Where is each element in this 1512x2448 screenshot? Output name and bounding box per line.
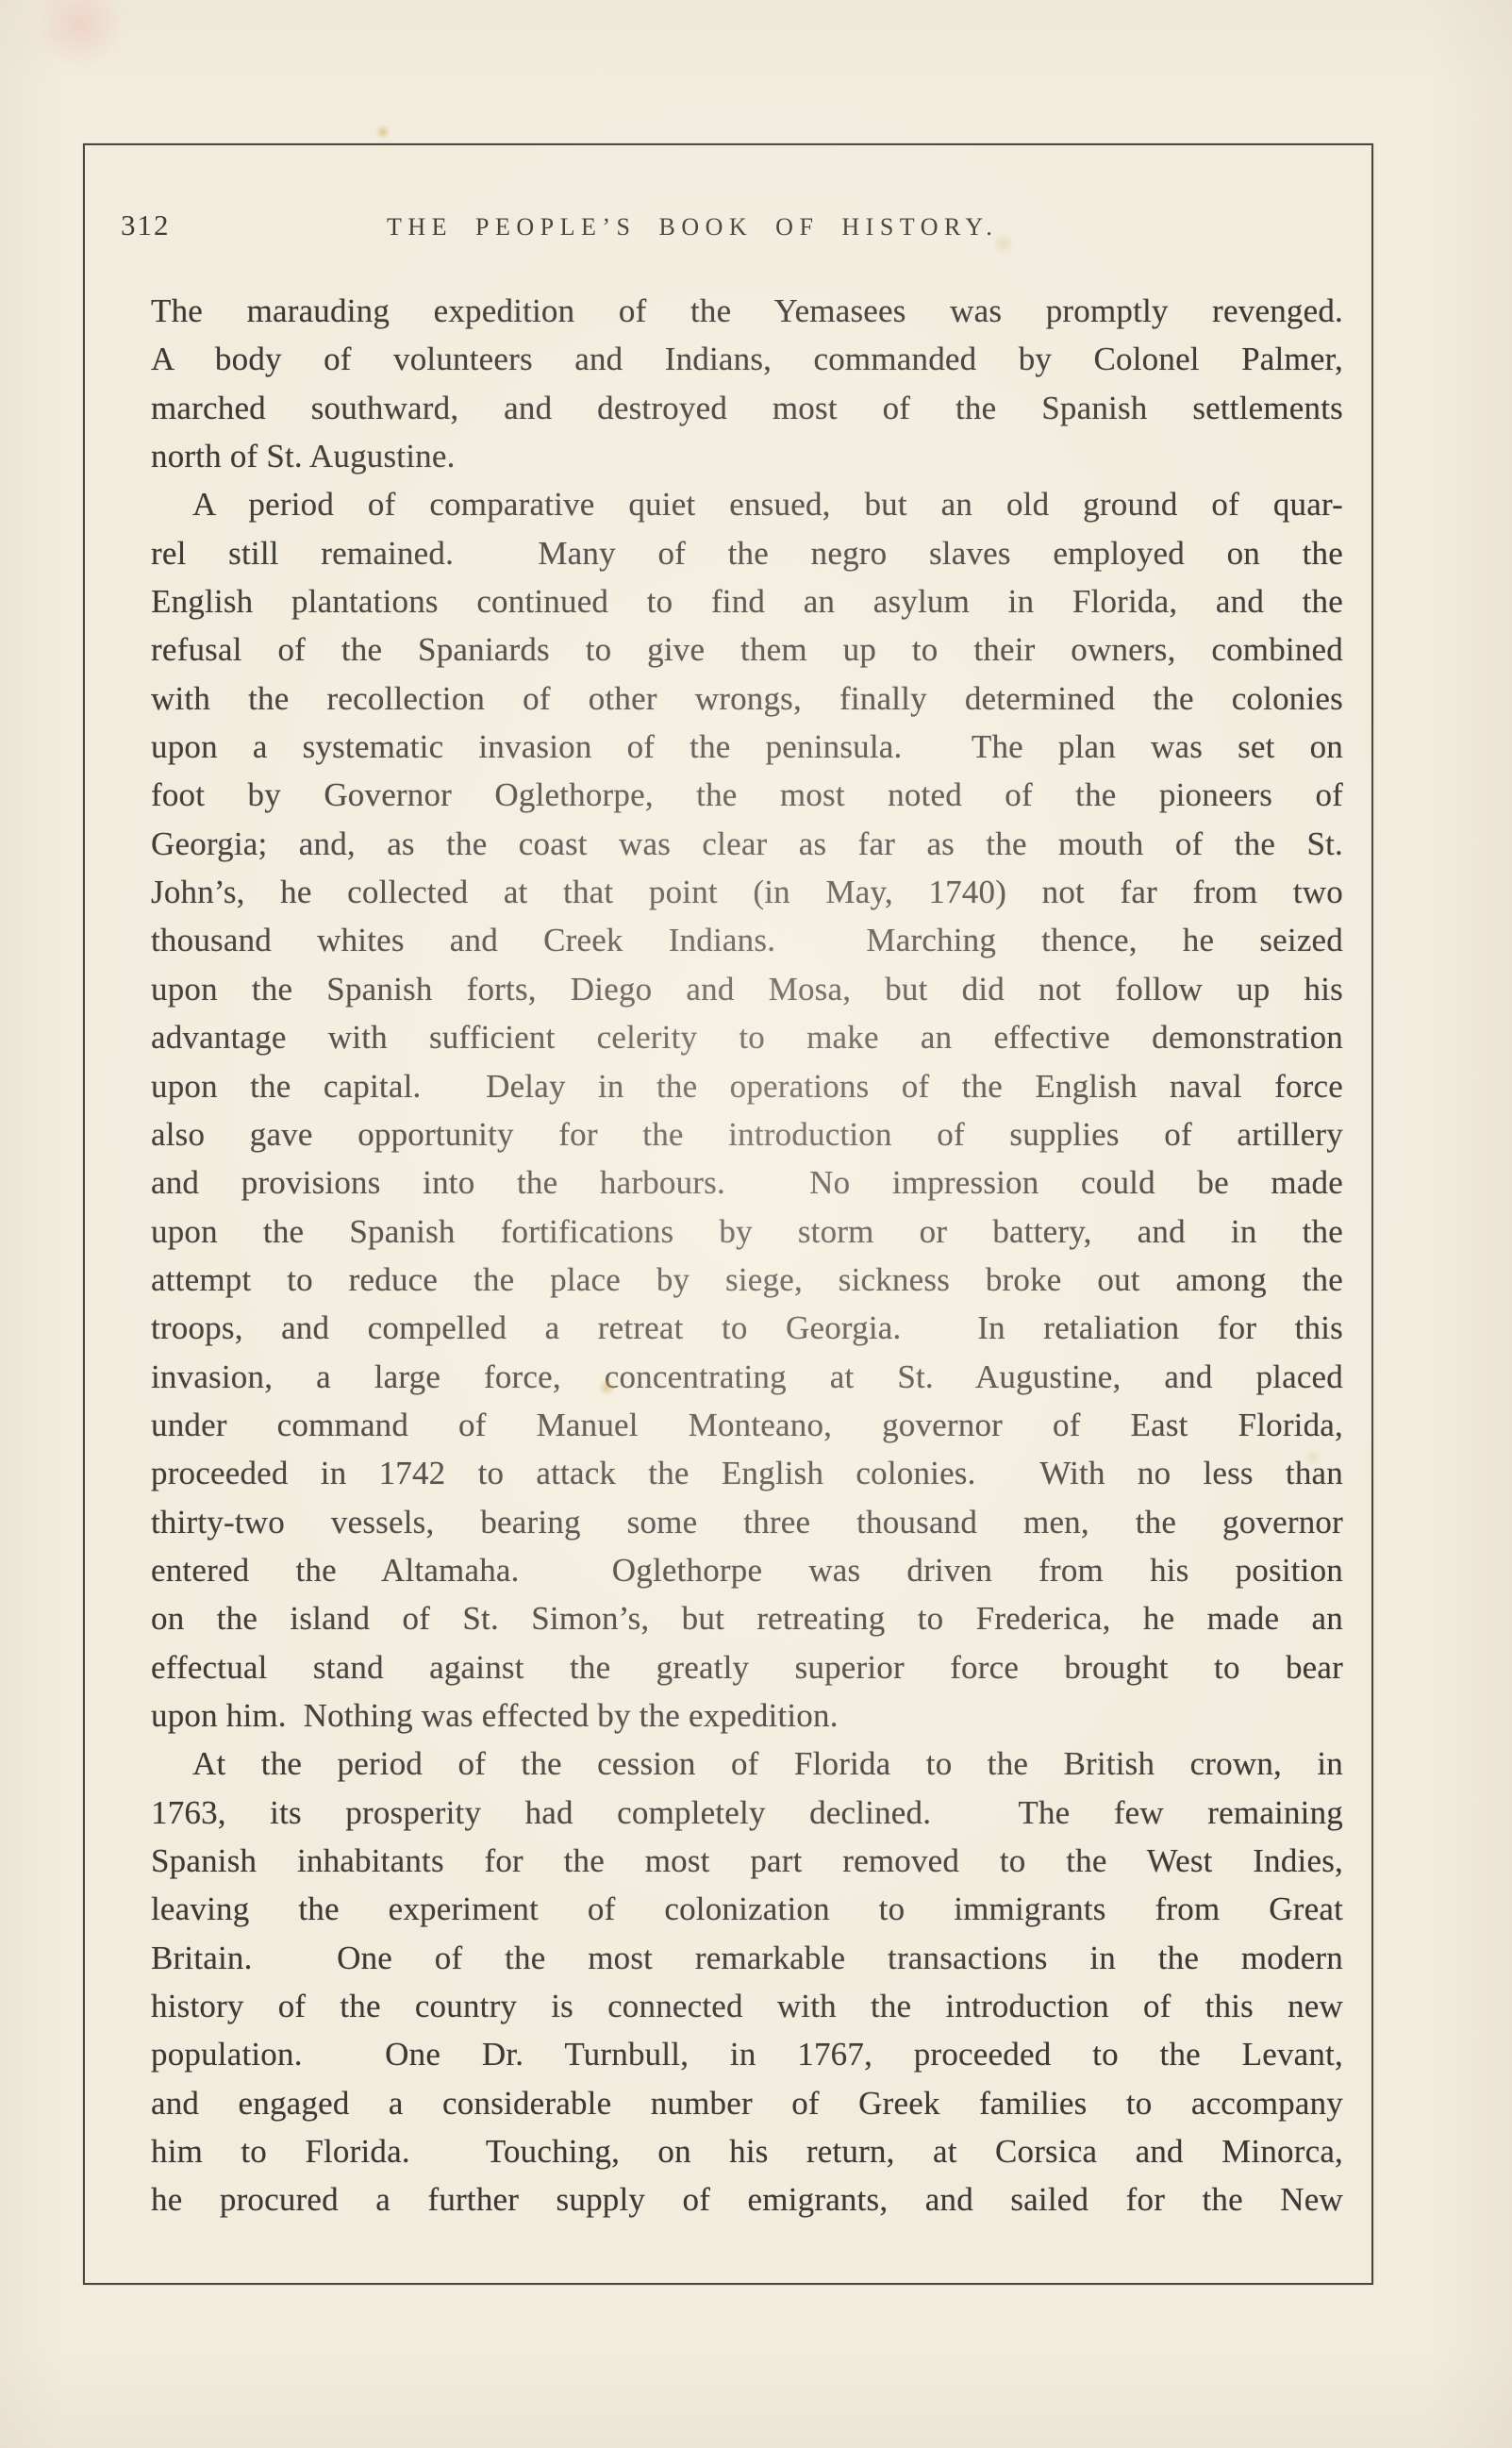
text-line: he procured a further supply of emigrant…	[151, 2175, 1343, 2223]
text-line: A period of comparative quiet ensued, bu…	[151, 480, 1343, 528]
text-line: 1763, its prosperity had completely decl…	[151, 1789, 1343, 1837]
text-line: advantage with sufficient celerity to ma…	[151, 1013, 1343, 1061]
text-line: effectual stand against the greatly supe…	[151, 1643, 1343, 1691]
text-line: A body of volunteers and Indians, comman…	[151, 335, 1343, 383]
text-line: The marauding expedition of the Yemasees…	[151, 287, 1343, 335]
text-line: John’s, he collected at that point (in M…	[151, 868, 1343, 916]
text-line: population. One Dr. Turnbull, in 1767, p…	[151, 2030, 1343, 2078]
text-line: upon the Spanish fortifications by storm…	[151, 1207, 1343, 1256]
text-line: and provisions into the harbours. No imp…	[151, 1158, 1343, 1207]
text-line: and engaged a considerable number of Gre…	[151, 2079, 1343, 2127]
text-line: under command of Manuel Monteano, govern…	[151, 1401, 1343, 1449]
text-line: with the recollection of other wrongs, f…	[151, 674, 1343, 723]
text-line: leaving the experiment of colonization t…	[151, 1885, 1343, 1933]
text-line: upon a systematic invasion of the penins…	[151, 723, 1343, 771]
text-line: English plantations continued to find an…	[151, 577, 1343, 625]
text-line: on the island of St. Simon’s, but retrea…	[151, 1594, 1343, 1642]
text-line: proceeded in 1742 to attack the English …	[151, 1449, 1343, 1497]
text-line: rel still remained. Many of the negro sl…	[151, 529, 1343, 577]
text-block: The marauding expedition of the Yemasees…	[151, 287, 1343, 2224]
running-head: THE PEOPLE’S BOOK OF HISTORY.	[387, 213, 998, 241]
text-line: upon the capital. Delay in the operation…	[151, 1062, 1343, 1110]
text-line: thirty-two vessels, bearing some three t…	[151, 1498, 1343, 1546]
text-line: north of St. Augustine.	[151, 432, 1343, 480]
text-line: troops, and compelled a retreat to Georg…	[151, 1304, 1343, 1352]
text-line: At the period of the cession of Florida …	[151, 1740, 1343, 1788]
text-line: Spanish inhabitants for the most part re…	[151, 1837, 1343, 1885]
text-line: marched southward, and destroyed most of…	[151, 384, 1343, 432]
text-line: him to Florida. Touching, on his return,…	[151, 2127, 1343, 2175]
page-number: 312	[121, 208, 171, 242]
text-line: invasion, a large force, concentrating a…	[151, 1353, 1343, 1401]
text-line: Britain. One of the most remarkable tran…	[151, 1934, 1343, 1982]
text-line: foot by Governor Oglethorpe, the most no…	[151, 771, 1343, 819]
text-line: history of the country is connected with…	[151, 1982, 1343, 2030]
text-line: attempt to reduce the place by siege, si…	[151, 1256, 1343, 1304]
text-line: also gave opportunity for the introducti…	[151, 1110, 1343, 1158]
text-line: thousand whites and Creek Indians. March…	[151, 916, 1343, 964]
text-line: Georgia; and, as the coast was clear as …	[151, 820, 1343, 868]
book-page: { "page": { "number": "312", "running_he…	[0, 0, 1512, 2448]
text-line: refusal of the Spaniards to give them up…	[151, 625, 1343, 674]
text-line: entered the Altamaha. Oglethorpe was dri…	[151, 1546, 1343, 1594]
text-line: upon him. Nothing was effected by the ex…	[151, 1691, 1343, 1740]
text-line: upon the Spanish forts, Diego and Mosa, …	[151, 965, 1343, 1013]
